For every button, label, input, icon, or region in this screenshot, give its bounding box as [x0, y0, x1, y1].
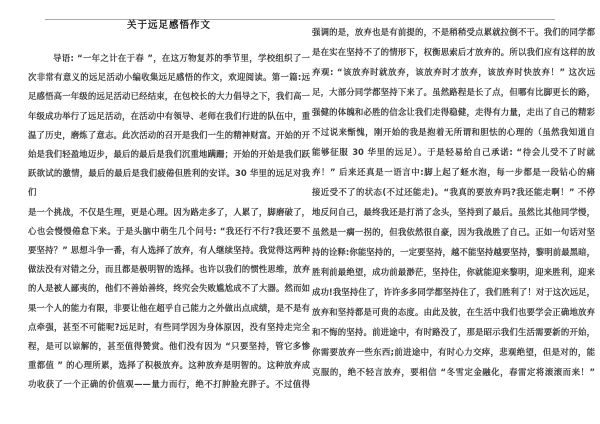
- text-line: 持的诠释:你能坚持的，一定要坚持，越不能坚持越要坚持，黎明前最黑暗，: [312, 242, 595, 262]
- text-line: 接近受不了的状态(不过还能走)。“我真的要放弃吗?我还能走啊！” 不停: [312, 182, 595, 202]
- text-line: 要坚持？” 思想斗争一番，有人选择了放弃，有人继续坚持。我觉得这两种: [28, 241, 310, 260]
- text-line: 温了历史，磨炼了意志。此次活动的召开是我们一生的精神财富。开始的开: [28, 126, 310, 145]
- text-line: 功收获了一个正确的价值观——量力而行，绝不打肿脸充胖子。不过值得: [28, 375, 310, 394]
- text-line: 点牵强，甚至不可能呢?远足时，有些同学因为身体原因，没有坚持走完全: [28, 318, 310, 337]
- text-line: 足感悟高一年级的远足活动已经结束，在包校长的大力倡导之下，我们高一: [28, 87, 310, 106]
- text-line: 始是我们轻盈地迈步，最后的最后是我们沉重地蹒跚；开始的开始是我们跃: [28, 145, 310, 164]
- text-line: 次非常有意义的远足活动小编收集远足感悟的作文，欢迎阅读。第一篇:远: [28, 68, 310, 87]
- text-line: 做法没有对错之分，而且都是极明智的选择。也许以我们的惯性思维，放弃: [28, 260, 310, 279]
- text-line: 和不悔的坚持。前进途中，有时路没了，那是昭示我们生活需要新的开始，: [312, 322, 595, 342]
- text-line: 导语: “一年之计在于春 ”，在这万物复苏的季节里，学校组织了一: [28, 49, 310, 68]
- right-column-text: 强调的是，放弃也是有前提的，不是稍稍受点累就拉倒不干。我们的同学都是在实在坚持不…: [312, 22, 595, 382]
- text-line: 胜利前最绝望，成功前最渺茫，坚持住，你就能迎来黎明，迎来胜利，迎来: [312, 262, 595, 282]
- page-title: 关于远足感悟作文: [28, 20, 310, 32]
- text-line: 克服的，绝不轻言放弃，要相信 “冬雪定金融化，春雷定将滚滚而来！”: [312, 362, 595, 382]
- text-line: 强健的体魄和必胜的信念让我们走得稳健，走得有力量，走出了自己的精彩: [312, 102, 595, 122]
- left-column: 关于远足感悟作文 导语: “一年之计在于春 ”，在这万物复苏的季节里，学校组织了…: [28, 20, 310, 395]
- right-column: 强调的是，放弃也是有前提的，不是稍稍受点累就拉倒不干。我们的同学都是在实在坚持不…: [312, 22, 595, 382]
- text-line: 是一个挑战，不仅是生理，更是心理。因为路走多了，人累了，脚磨破了，: [28, 203, 310, 222]
- text-line: 年级成功举行了远足活动，在活动中有领导、老师在我们行进的队伍中，重: [28, 107, 310, 126]
- text-line: 的人是被人鄙夷的，他们不善始善终，终究会失败尴尬成不了大器。然而如: [28, 279, 310, 298]
- text-line: 弃！” 后来还真是一语言中:脚上起了蛏水泡，每一步都是一段钻心的痛: [312, 162, 595, 182]
- text-line: 果一个人的能力有限，非要让他在超乎自己能力之外做出点成绩，是不是有: [28, 299, 310, 318]
- text-line: 心也会慢慢倦怠下来。于是头脑中萌生几个问号: “我还行不行?我还要不: [28, 222, 310, 241]
- text-line: 是在实在坚持不了的情形下，权衡思索后才放弃的。所以我们应有这样的放: [312, 42, 595, 62]
- text-line: 重都值 ” 的心理所累，选择了积极放弃。这种放弃是明智的。这种放弃成: [28, 356, 310, 375]
- text-line: 弃观: “该放弃时就放弃，该放弃时才放弃，该放弃时快放弃！” 这次远: [312, 62, 595, 82]
- text-line: 放弃和坚持都是可贵的态度。由此及彼，在生活中我们也要学会正确地放弃: [312, 302, 595, 322]
- text-line: 程，是可以谅解的，甚至值得赞赏。他们没有因为 “只要坚持，管它多惨: [28, 337, 310, 356]
- text-line: 能够征服 30 华里的远足）。于是轻易给自己承诺: “待会儿受不了时就: [312, 142, 595, 162]
- text-line: 成功!我坚持住了，许许多多同学都坚持住了，我们胜利了！对于这次远足，: [312, 282, 595, 302]
- document-page: 关于远足感悟作文 导语: “一年之计在于春 ”，在这万物复苏的季节里，学校组织了…: [0, 0, 600, 424]
- text-line: 虽然是一瘸一拐的，但我依然很自豪，因为我战胜了自己。正如一句话对坚: [312, 222, 595, 242]
- text-line: 足，大部分同学都坚持下来了。虽然路程是长了点，但哪有比脚更长的路，: [312, 82, 595, 102]
- text-line: 跃欲试的激情，最后的最后是我们疲倦但胜利的安详。30 华里的远足对我们: [28, 164, 310, 202]
- text-line: 不过说来惭愧，刚开始的我是抱着无所谓和胆怯的心理的（虽然我知道自: [312, 122, 595, 142]
- text-line: 地反问自己，最终我还是打消了念头，坚持到了最后。虽然比其他同学慢，: [312, 202, 595, 222]
- text-line: 你需要放弃一些东西;前进途中，有时心力交瘁，悲观绝望，但是对的，能: [312, 342, 595, 362]
- text-line: 强调的是，放弃也是有前提的，不是稍稍受点累就拉倒不干。我们的同学都: [312, 22, 595, 42]
- left-column-text: 导语: “一年之计在于春 ”，在这万物复苏的季节里，学校组织了一次非常有意义的远…: [28, 49, 310, 395]
